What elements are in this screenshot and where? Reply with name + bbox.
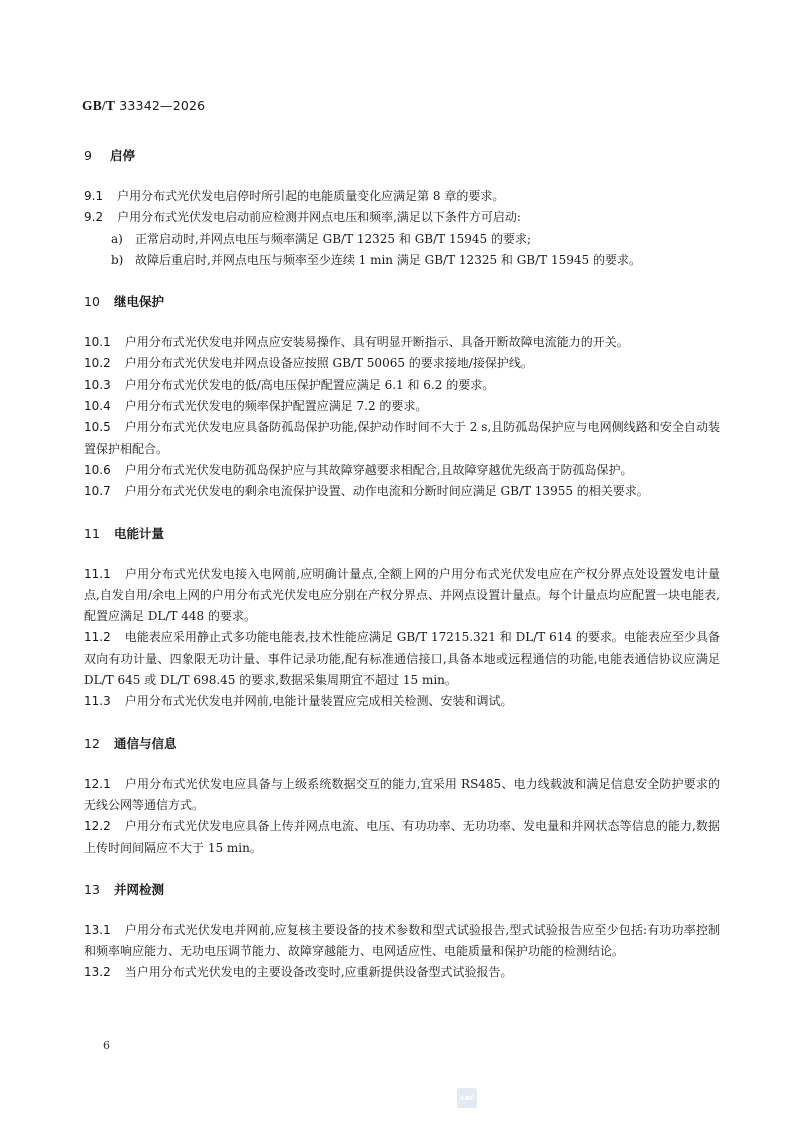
clause-text: 电能表应采用静止式多功能电能表,技术性能应满足 GB/T 17215.321 和… xyxy=(84,630,720,687)
clause-number: 13.1 xyxy=(84,920,111,941)
clause-text: 户用分布式光伏发电应具备上传并网点电流、电压、有功功率、无功功率、发电量和并网状… xyxy=(84,819,720,854)
clause-text: 户用分布式光伏发电并网前,电能计量装置应完成相关检测、安装和调试。 xyxy=(125,694,513,708)
section-title: 启停 xyxy=(110,148,135,163)
clause-text: 当户用分布式光伏发电的主要设备改变时,应重新提供设备型式试验报告。 xyxy=(125,965,513,979)
section-title: 通信与信息 xyxy=(114,736,177,751)
clause-11-2: 11.2电能表应采用静止式多功能电能表,技术性能应满足 GB/T 17215.3… xyxy=(84,627,720,691)
clause-text: 户用分布式光伏发电并网点设备应按照 GB/T 50065 的要求接地/接保护线。 xyxy=(125,356,533,370)
clause-number: 10.7 xyxy=(84,481,111,502)
section-heading-11: 11电能计量 xyxy=(84,524,720,544)
list-text: 故障后重启时,并网点电压与频率至少连续 1 min 满足 GB/T 12325 … xyxy=(135,253,641,267)
clause-10-6: 10.6户用分布式光伏发电防孤岛保护应与其故障穿越要求相配合,且故障穿越优先级高… xyxy=(84,460,720,481)
standard-prefix: GB/T xyxy=(82,98,115,113)
clause-11-3: 11.3户用分布式光伏发电并网前,电能计量装置应完成相关检测、安装和调试。 xyxy=(84,691,720,712)
clause-10-4: 10.4户用分布式光伏发电的频率保护配置应满足 7.2 的要求。 xyxy=(84,396,720,417)
clause-text: 户用分布式光伏发电并网点应安装易操作、具有明显开断指示、具备开断故障电流能力的开… xyxy=(125,335,629,349)
clause-9-2: 9.2户用分布式光伏发电启动前应检测并网点电压和频率,满足以下条件方可启动: xyxy=(84,207,720,228)
clause-13-2: 13.2当户用分布式光伏发电的主要设备改变时,应重新提供设备型式试验报告。 xyxy=(84,962,720,983)
section-number: 13 xyxy=(84,880,114,900)
clause-number: 10.2 xyxy=(84,353,111,374)
clause-text: 户用分布式光伏发电并网前,应复核主要设备的技术参数和型式试验报告,型式试验报告应… xyxy=(84,923,720,958)
clause-text: 户用分布式光伏发电启停时所引起的电能质量变化应满足第 8 章的要求。 xyxy=(117,189,504,203)
clause-number: 9.2 xyxy=(84,207,103,228)
standard-code: GB/T 33342—2026 xyxy=(82,98,205,114)
clause-10-7: 10.7户用分布式光伏发电的剩余电流保护设置、动作电流和分断时间应满足 GB/T… xyxy=(84,481,720,502)
clause-number: 10.4 xyxy=(84,396,111,417)
section-number: 12 xyxy=(84,734,114,754)
clause-10-5: 10.5户用分布式光伏发电应具备防孤岛保护功能,保护动作时间不大于 2 s,且防… xyxy=(84,417,720,460)
clause-number: 13.2 xyxy=(84,962,111,983)
clause-9-1: 9.1户用分布式光伏发电启停时所引起的电能质量变化应满足第 8 章的要求。 xyxy=(84,186,720,207)
section-heading-10: 10继电保护 xyxy=(84,292,720,312)
clause-text: 户用分布式光伏发电接入电网前,应明确计量点,全额上网的户用分布式光伏发电应在产权… xyxy=(84,567,720,624)
clause-10-2: 10.2户用分布式光伏发电并网点设备应按照 GB/T 50065 的要求接地/接… xyxy=(84,353,720,374)
clause-number: 10.5 xyxy=(84,417,111,438)
clause-number: 10.6 xyxy=(84,460,111,481)
page-number: 6 xyxy=(103,1039,110,1052)
list-item-b: b)故障后重启时,并网点电压与频率至少连续 1 min 满足 GB/T 1232… xyxy=(84,250,720,271)
list-marker: b) xyxy=(111,250,135,271)
clause-12-2: 12.2户用分布式光伏发电应具备上传并网点电流、电压、有功功率、无功功率、发电量… xyxy=(84,816,720,859)
section-heading-9: 9启停 xyxy=(84,146,720,166)
section-number: 9 xyxy=(84,146,110,166)
standard-number: 33342—2026 xyxy=(119,98,205,113)
section-title: 电能计量 xyxy=(114,526,164,541)
clause-number: 10.3 xyxy=(84,375,111,396)
clause-13-1: 13.1户用分布式光伏发电并网前,应复核主要设备的技术参数和型式试验报告,型式试… xyxy=(84,920,720,963)
clause-number: 12.1 xyxy=(84,774,111,795)
section-title: 继电保护 xyxy=(114,294,164,309)
sac-logo-icon: SAC xyxy=(457,1088,477,1108)
clause-number: 11.1 xyxy=(84,564,111,585)
section-number: 10 xyxy=(84,292,114,312)
clause-10-3: 10.3户用分布式光伏发电的低/高电压保护配置应满足 6.1 和 6.2 的要求… xyxy=(84,375,720,396)
list-text: 正常启动时,并网点电压与频率满足 GB/T 12325 和 GB/T 15945… xyxy=(135,232,531,246)
section-heading-12: 12通信与信息 xyxy=(84,734,720,754)
clause-text: 户用分布式光伏发电的频率保护配置应满足 7.2 的要求。 xyxy=(125,399,428,413)
clause-text: 户用分布式光伏发电的剩余电流保护设置、动作电流和分断时间应满足 GB/T 139… xyxy=(125,484,649,498)
clause-text: 户用分布式光伏发电启动前应检测并网点电压和频率,满足以下条件方可启动: xyxy=(117,210,521,224)
clause-11-1: 11.1户用分布式光伏发电接入电网前,应明确计量点,全额上网的户用分布式光伏发电… xyxy=(84,564,720,628)
list-marker: a) xyxy=(111,229,135,250)
list-item-a: a)正常启动时,并网点电压与频率满足 GB/T 12325 和 GB/T 159… xyxy=(84,229,720,250)
clause-number: 12.2 xyxy=(84,816,111,837)
section-number: 11 xyxy=(84,524,114,544)
clause-10-1: 10.1户用分布式光伏发电并网点应安装易操作、具有明显开断指示、具备开断故障电流… xyxy=(84,332,720,353)
section-heading-13: 13并网检测 xyxy=(84,880,720,900)
document-body: 9启停 9.1户用分布式光伏发电启停时所引起的电能质量变化应满足第 8 章的要求… xyxy=(84,146,720,984)
clause-text: 户用分布式光伏发电应具备防孤岛保护功能,保护动作时间不大于 2 s,且防孤岛保护… xyxy=(84,420,720,455)
clause-number: 10.1 xyxy=(84,332,111,353)
clause-text: 户用分布式光伏发电的低/高电压保护配置应满足 6.1 和 6.2 的要求。 xyxy=(125,378,494,392)
section-title: 并网检测 xyxy=(114,882,164,897)
clause-number: 9.1 xyxy=(84,186,103,207)
clause-number: 11.2 xyxy=(84,627,111,648)
clause-number: 11.3 xyxy=(84,691,111,712)
clause-text: 户用分布式光伏发电应具备与上级系统数据交互的能力,宜采用 RS485、电力线载波… xyxy=(84,777,720,812)
clause-text: 户用分布式光伏发电防孤岛保护应与其故障穿越要求相配合,且故障穿越优先级高于防孤岛… xyxy=(125,463,633,477)
clause-12-1: 12.1户用分布式光伏发电应具备与上级系统数据交互的能力,宜采用 RS485、电… xyxy=(84,774,720,817)
